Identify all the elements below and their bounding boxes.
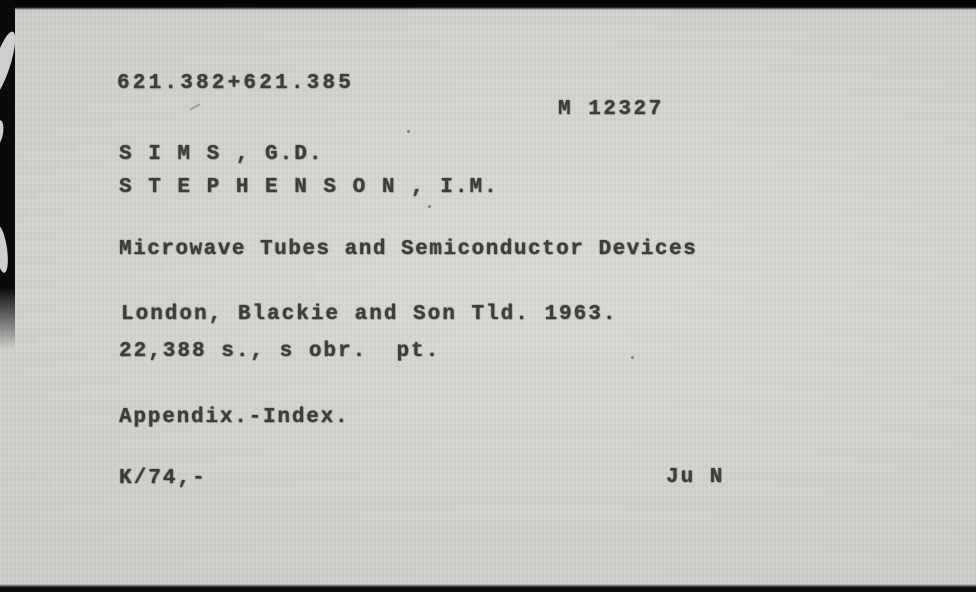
price-code: K/74,-: [119, 467, 207, 490]
scan-edge-bottom: [0, 584, 976, 592]
catalog-card-scan: 621.382+621.385 M 12327 S I M S , G.D. S…: [0, 0, 976, 592]
torn-paper-patch: [0, 119, 5, 146]
notes-line: Appendix.-Index.: [119, 406, 349, 429]
scan-edge-left: [0, 0, 15, 350]
collation-line: 22,388 s., s obr. pt.: [119, 340, 440, 363]
ink-speck: [407, 130, 410, 133]
torn-paper-patch: [0, 224, 10, 273]
cataloger-initials: Ju N: [666, 466, 724, 489]
torn-paper-patch: [0, 29, 20, 101]
paper-scratch: [189, 103, 200, 111]
book-title: Microwave Tubes and Semiconductor Device…: [119, 238, 697, 261]
scan-edge-top: [0, 0, 976, 10]
ink-speck: [631, 356, 634, 359]
imprint-line: London, Blackie and Son Tld. 1963.: [121, 303, 617, 326]
accession-number: M 12327: [558, 98, 664, 121]
author-name: S I M S , G.D.: [119, 143, 323, 166]
classification-number: 621.382+621.385: [117, 72, 354, 95]
ink-speck: [428, 205, 431, 208]
author-name: S T E P H E N S O N , I.M.: [119, 176, 499, 199]
